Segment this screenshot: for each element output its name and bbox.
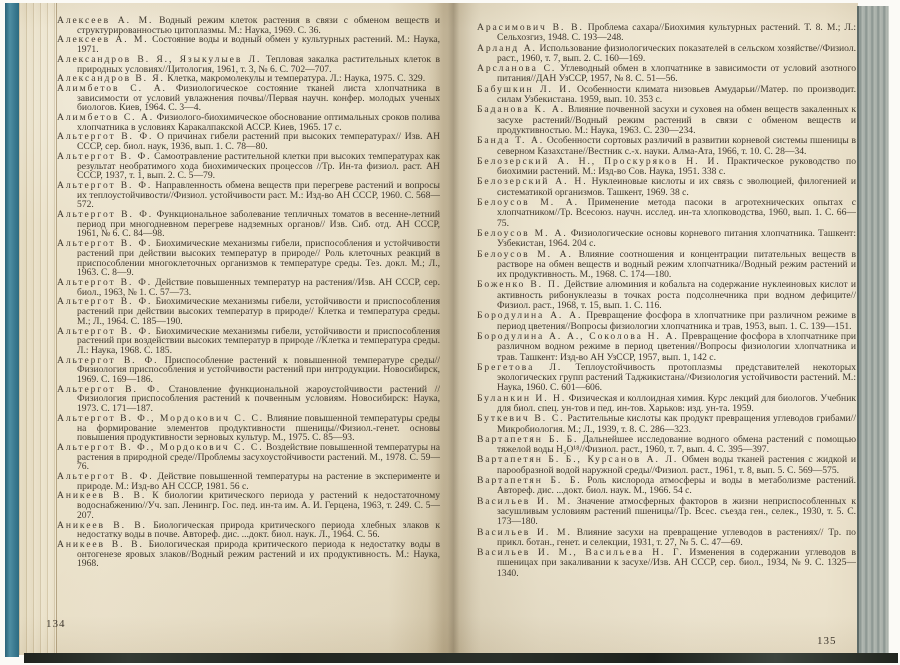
page-number-left: 134 — [46, 618, 66, 630]
bib-entry: Альтергот В. Ф. Действие повышенной темп… — [57, 472, 440, 491]
bib-entry: Алексеев А. М. Состояние воды и водный о… — [57, 35, 440, 54]
book-cover-edge — [5, 3, 19, 657]
bib-entry: Алимбетов С. А. Физиолого-биохимическое … — [57, 113, 440, 132]
bib-entry-author: Васильев И. М. — [477, 527, 572, 538]
bib-entry: Вартапетян Б. Б. Роль кислорода атмосфер… — [477, 476, 856, 497]
bib-entry-author: Белозерский А. Н. — [477, 176, 588, 187]
bib-entry: Бородулина А. А., Соколова Н. А. Превращ… — [477, 332, 856, 363]
bib-entry-author: Арасимович В. В. — [477, 22, 584, 33]
bib-entry: Арланд А. Использование физиологических … — [477, 44, 856, 65]
bib-entry-author: Боженко В. П. — [477, 279, 561, 290]
bib-entry-author: Альтергот В. Ф. — [57, 151, 151, 162]
bib-entry: Васильев И. М., Васильева Н. Г. Изменени… — [477, 548, 856, 579]
bib-entry-author: Васильев И. М. — [477, 496, 572, 507]
bib-entry-author: Аникеев В. В. — [57, 490, 146, 501]
bib-entry-author: Бородулина А. А. — [477, 310, 582, 321]
bib-entry-author: Альтергот В. Ф. — [57, 209, 153, 220]
bib-entry-author: Алимбетов С. А. — [57, 83, 167, 94]
book-scan: Алексеев А. М. Водный режим клеток расте… — [0, 0, 900, 665]
bib-entry: Белоусов М. А. Применение метода пасоки … — [477, 198, 856, 229]
bib-entry: Белозерский А. Н., Проскуряков Н. И. Пра… — [477, 157, 856, 178]
bib-entry: Альтергот В. Ф. Направленность обмена ве… — [57, 181, 440, 210]
bib-entry-author: Альтергот В. Ф., Мордокович С. С. — [57, 442, 264, 453]
bib-entry-author: Белозерский А. Н., Проскуряков Н. И. — [477, 156, 721, 167]
bib-entry-author: Банда Т. А. — [477, 135, 544, 146]
bib-entry: Бабушкин Л. И. Особенности климата низов… — [477, 85, 856, 106]
bib-entry-author: Альтергот В. Ф. — [57, 326, 152, 337]
bib-entry-author: Арсланова С. — [477, 63, 556, 74]
right-page-bibliography-column: Арасимович В. В. Проблема сахара//Биохим… — [477, 23, 856, 579]
bib-entry-author: Бабушкин Л. И. — [477, 84, 572, 95]
bib-entry-author: Белоусов М. А. — [477, 228, 568, 239]
bib-entry: Вартапетян Б. Б., Курсанов А. Л. Обмен в… — [477, 455, 856, 476]
bib-entry: Арасимович В. В. Проблема сахара//Биохим… — [477, 23, 856, 44]
bib-entry: Альтергот В. Ф. Приспособление растений … — [57, 356, 440, 385]
bib-entry: Баданова К. А. Влияние почвенной засухи … — [477, 105, 856, 136]
bib-entry: Альтергот В. Ф. Функциональное заболеван… — [57, 210, 440, 239]
bib-entry-author: Аникеев В. В. — [57, 520, 147, 531]
bib-entry: Аникеев В. В. Биологическая природа крит… — [57, 540, 440, 569]
bib-entry: Аникеев В. В. К биологии критического пе… — [57, 491, 440, 520]
bib-entry: Альтергот В. Ф., Мордокович С. С. Воздей… — [57, 443, 440, 472]
bib-entry: Боженко В. П. Действие алюминия и кобаль… — [477, 280, 856, 311]
bib-entry-author: Вартапетян Б. Б. — [477, 434, 578, 445]
bib-entry: Белоусов М. А. Влияние соотношения и кон… — [477, 250, 856, 281]
bib-entry: Белоусов М. А. Физиологические основы ко… — [477, 229, 856, 250]
bib-entry: Альтергот В. Ф. Действие повышенных темп… — [57, 278, 440, 297]
bib-entry-author: Альтергот В. Ф. — [57, 384, 161, 395]
bib-entry: Альтергот В. Ф. Биохимические механизмы … — [57, 239, 440, 278]
bib-entry: Васильев И. М. Значение атмосферных факт… — [477, 497, 856, 528]
right-page-stack — [857, 6, 889, 654]
bib-entry: Альтергот В. Ф. Биохимические механизмы … — [57, 327, 440, 356]
bib-entry: Альтергот В. Ф., Мордокович С. С. Влияни… — [57, 414, 440, 443]
bib-entry-author: Альтергот В. Ф. — [57, 131, 153, 142]
page-number-right: 135 — [817, 635, 837, 647]
bottom-edge-shadow — [24, 653, 898, 663]
bib-entry: Алимбетов С. А. Физиологическое состояни… — [57, 84, 440, 113]
bib-entry: Васильев И. М. Влияние засухи на превращ… — [477, 528, 856, 549]
bib-entry-author: Вартапетян Б. Б. — [477, 475, 582, 486]
bib-entry-author: Альтергот В. Ф. — [57, 296, 152, 307]
bib-entry: Александров В. Я., Языкулыев Л. Тепловая… — [57, 55, 440, 74]
bib-entry-author: Аникеев В. В. — [57, 539, 144, 550]
bib-entry-author: Брегетова Л. — [477, 362, 562, 373]
bib-entry: Бородулина А. А. Превращение фосфора в х… — [477, 311, 856, 332]
bib-entry: Алексеев А. М. Водный режим клеток расте… — [57, 16, 440, 35]
bib-entry: Банда Т. А. Особенности сортовых различи… — [477, 136, 856, 157]
bib-entry-author: Алимбетов С. А. — [57, 112, 154, 123]
bib-entry-author: Альтергот В. Ф. — [57, 355, 158, 366]
bib-entry-author: Александров В. Я., Языкулыев Л. — [57, 54, 261, 65]
bib-entry-author: Бородулина А. А., Соколова Н. А. — [477, 331, 679, 342]
bib-entry-author: Васильев И. М., Васильева Н. Г. — [477, 547, 684, 558]
bib-entry-author: Вартапетян Б. Б., Курсанов А. Л. — [477, 454, 678, 465]
bib-entry-author: Буланкин И. Н. — [477, 393, 566, 404]
bib-entry-author: Белоусов М. А. — [477, 197, 579, 208]
bib-entry-author: Альтергот В. Ф., Мордокович С. С. — [57, 413, 264, 424]
bib-entry-author: Альтергот В. Ф. — [57, 238, 152, 249]
bib-entry: Альтергот В. Ф. Биохимические механизмы … — [57, 297, 440, 326]
bib-entry: Вартапетян Б. Б. Дальнейшее исследование… — [477, 435, 856, 456]
left-page-bibliography-column: Алексеев А. М. Водный режим клеток расте… — [57, 16, 440, 569]
bib-entry-author: Алексеев А. М. — [57, 15, 153, 26]
bib-entry-author: Алексеев А. М. — [57, 34, 149, 45]
bib-entry: Аникеев В. В. Биологическая природа крит… — [57, 521, 440, 540]
bib-entry-author: Баданова К. А. — [477, 104, 565, 115]
bib-entry: Брегетова Л. Теплоустойчивость протоплаз… — [477, 363, 856, 394]
bib-entry: Белозерский А. Н. Нуклеиновые кислоты и … — [477, 177, 856, 198]
bib-entry-author: Арланд А. — [477, 43, 537, 54]
bib-entry: Альтергот В. Ф. Становление функциональн… — [57, 385, 440, 414]
bib-entry-author: Альтергот В. Ф. — [57, 277, 152, 288]
bib-entry: Альтергот В. Ф. Самоотравление раститель… — [57, 152, 440, 181]
bib-entry-author: Альтергот В. Ф. — [57, 180, 152, 191]
bib-entry-author: Буткевич В. С. — [477, 413, 564, 424]
bib-entry: Буланкин И. Н. Физическая и коллоидная х… — [477, 394, 856, 415]
left-page-edges — [19, 3, 57, 655]
bib-entry-author: Белоусов М. А. — [477, 249, 573, 260]
bib-entry: Арсланова С. Углеводный обмен в хлопчатн… — [477, 64, 856, 85]
bib-entry: Альтергот В. Ф. О причинах гибели растен… — [57, 132, 440, 151]
bib-entry-author: Альтергот В. Ф. — [57, 471, 154, 482]
bib-entry: Буткевич В. С. Растительные кислоты как … — [477, 414, 856, 435]
